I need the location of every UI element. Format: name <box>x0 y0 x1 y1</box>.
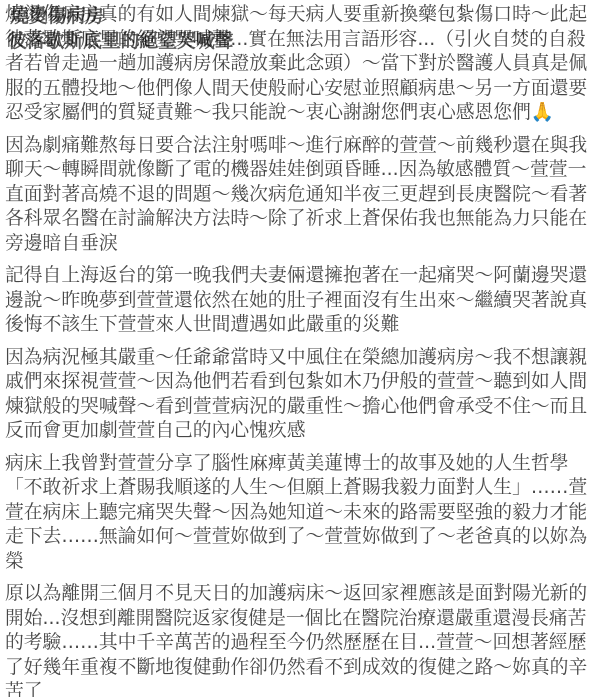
paragraph: 原以為離開三個月不見天日的加護病床～返回家裡應該是面對陽光新的 開始...沒想到… <box>5 582 610 697</box>
article-page: 燒燙傷病房真的有如人間煉獄～每天病人要重新換藥包紮傷口時～此起 彼落歇斯底里的絕… <box>0 0 614 697</box>
paragraph: 燒燙傷病房真的有如人間煉獄～每天病人要重新換藥包紮傷口時～此起 彼落歇斯底里的絕… <box>5 3 610 126</box>
paragraph: 記得自上海返台的第一晚我們夫妻倆還擁抱著在一起痛哭～阿蘭邊哭還 邊說～昨晚夢到萱… <box>5 264 610 338</box>
paragraph: 因為病況極其嚴重～任爺爺當時又中風住在榮總加護病房～我不想讓親 戚們來探視萱萱～… <box>5 346 610 444</box>
paragraph: 病床上我曾對萱萱分享了腦性麻痺黃美蓮博士的故事及她的人生哲學 「不敢祈求上蒼賜我… <box>5 452 610 575</box>
article-body: 燒燙傷病房真的有如人間煉獄～每天病人要重新換藥包紮傷口時～此起 彼落歇斯底里的絕… <box>5 3 610 697</box>
paragraph: 因為劇痛難熬每日要合法注射嗎啡～進行麻醉的萱萱～前幾秒還在與我 聊天～轉瞬間就像… <box>5 134 610 257</box>
